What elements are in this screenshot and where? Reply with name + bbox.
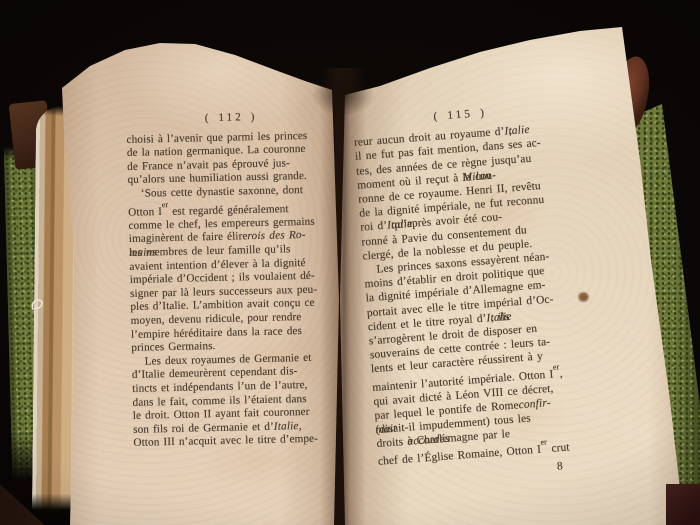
photo-vignette [0,0,700,525]
book-photo: ( 112 ) choisi à l’avenir que parmi les … [0,0,700,525]
